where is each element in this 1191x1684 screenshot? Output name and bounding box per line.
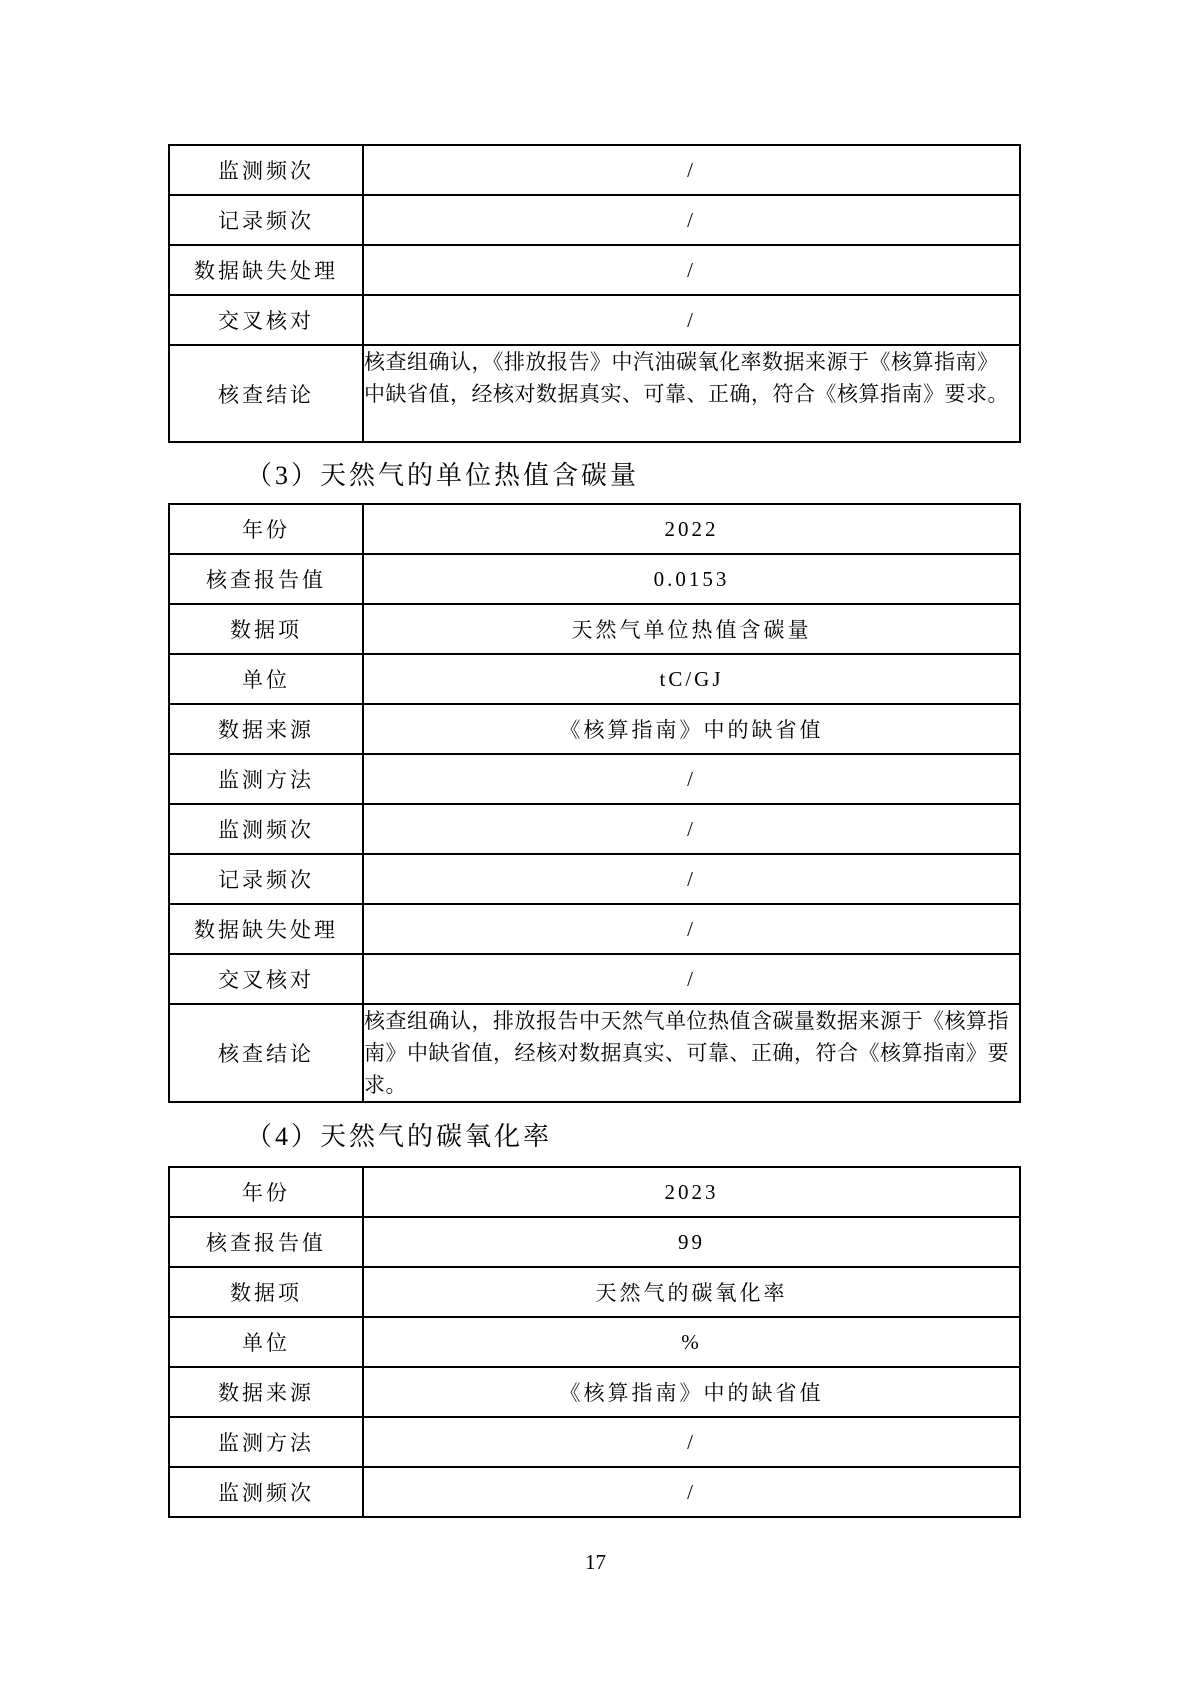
table-row: 监测频次/	[169, 145, 1020, 195]
table-row: 交叉核对/	[169, 954, 1020, 1004]
row-value: /	[363, 954, 1020, 1004]
document-page: 监测频次/记录频次/数据缺失处理/交叉核对/核查结论核查组确认，《排放报告》中汽…	[0, 0, 1191, 1684]
table-row: 监测方法/	[169, 1417, 1020, 1467]
row-value: 核查组确认，排放报告中天然气单位热值含碳量数据来源于《核算指南》中缺省值，经核对…	[363, 1004, 1020, 1102]
row-label: 数据缺失处理	[169, 904, 363, 954]
row-label: 监测频次	[169, 1467, 363, 1517]
table-row: 数据项天然气单位热值含碳量	[169, 604, 1020, 654]
row-label: 监测方法	[169, 1417, 363, 1467]
row-value: /	[363, 904, 1020, 954]
table-row: 核查结论核查组确认，《排放报告》中汽油碳氧化率数据来源于《核算指南》中缺省值，经…	[169, 345, 1020, 442]
row-value: /	[363, 1417, 1020, 1467]
natural-gas-oxidation-rate-table: 年份2023核查报告值99数据项天然气的碳氧化率单位%数据来源《核算指南》中的缺…	[168, 1166, 1021, 1518]
page-number: 17	[0, 1550, 1191, 1575]
row-label: 单位	[169, 654, 363, 704]
table-row: 数据项天然气的碳氧化率	[169, 1267, 1020, 1317]
row-label: 交叉核对	[169, 295, 363, 345]
row-value: 0.0153	[363, 554, 1020, 604]
row-label: 监测频次	[169, 804, 363, 854]
table-row: 核查报告值99	[169, 1217, 1020, 1267]
table-row: 记录频次/	[169, 854, 1020, 904]
row-label: 核查结论	[169, 345, 363, 442]
row-value: /	[363, 754, 1020, 804]
section-heading-natural-gas-heat-carbon: （3）天然气的单位热值含碳量	[246, 460, 639, 492]
table-row: 单位%	[169, 1317, 1020, 1367]
row-value: 《核算指南》中的缺省值	[363, 704, 1020, 754]
row-label: 数据项	[169, 1267, 363, 1317]
row-value: /	[363, 854, 1020, 904]
table-row: 数据来源《核算指南》中的缺省值	[169, 704, 1020, 754]
table-row: 数据来源《核算指南》中的缺省值	[169, 1367, 1020, 1417]
row-value: %	[363, 1317, 1020, 1367]
table-row: 监测方法/	[169, 754, 1020, 804]
table-row: 年份2022	[169, 504, 1020, 554]
row-value: /	[363, 145, 1020, 195]
table-row: 记录频次/	[169, 195, 1020, 245]
row-label: 记录频次	[169, 195, 363, 245]
row-value: /	[363, 295, 1020, 345]
row-label: 监测方法	[169, 754, 363, 804]
table-row: 核查结论核查组确认，排放报告中天然气单位热值含碳量数据来源于《核算指南》中缺省值…	[169, 1004, 1020, 1102]
row-label: 年份	[169, 504, 363, 554]
table-row: 数据缺失处理/	[169, 245, 1020, 295]
row-value: 2022	[363, 504, 1020, 554]
row-value: /	[363, 804, 1020, 854]
row-value: 天然气单位热值含碳量	[363, 604, 1020, 654]
table-row: 交叉核对/	[169, 295, 1020, 345]
row-value: /	[363, 195, 1020, 245]
row-label: 监测频次	[169, 145, 363, 195]
row-value: 2023	[363, 1167, 1020, 1217]
table-row: 监测频次/	[169, 804, 1020, 854]
row-value: 核查组确认，《排放报告》中汽油碳氧化率数据来源于《核算指南》中缺省值，经核对数据…	[363, 345, 1020, 442]
row-value: 天然气的碳氧化率	[363, 1267, 1020, 1317]
row-label: 数据缺失处理	[169, 245, 363, 295]
table-row: 核查报告值0.0153	[169, 554, 1020, 604]
row-label: 数据来源	[169, 704, 363, 754]
section-heading-natural-gas-oxidation-rate: （4）天然气的碳氧化率	[246, 1121, 552, 1153]
table-row: 监测频次/	[169, 1467, 1020, 1517]
row-label: 核查报告值	[169, 1217, 363, 1267]
natural-gas-heat-carbon-table: 年份2022核查报告值0.0153数据项天然气单位热值含碳量单位tC/GJ数据来…	[168, 503, 1021, 1103]
table-row: 单位tC/GJ	[169, 654, 1020, 704]
row-label: 交叉核对	[169, 954, 363, 1004]
row-label: 单位	[169, 1317, 363, 1367]
table-row: 年份2023	[169, 1167, 1020, 1217]
row-label: 核查结论	[169, 1004, 363, 1102]
row-value: 99	[363, 1217, 1020, 1267]
row-label: 年份	[169, 1167, 363, 1217]
row-value: /	[363, 1467, 1020, 1517]
row-value: tC/GJ	[363, 654, 1020, 704]
table-row: 数据缺失处理/	[169, 904, 1020, 954]
row-value: 《核算指南》中的缺省值	[363, 1367, 1020, 1417]
row-label: 记录频次	[169, 854, 363, 904]
row-value: /	[363, 245, 1020, 295]
row-label: 核查报告值	[169, 554, 363, 604]
row-label: 数据项	[169, 604, 363, 654]
gasoline-oxidation-rate-table-continued: 监测频次/记录频次/数据缺失处理/交叉核对/核查结论核查组确认，《排放报告》中汽…	[168, 144, 1021, 443]
row-label: 数据来源	[169, 1367, 363, 1417]
